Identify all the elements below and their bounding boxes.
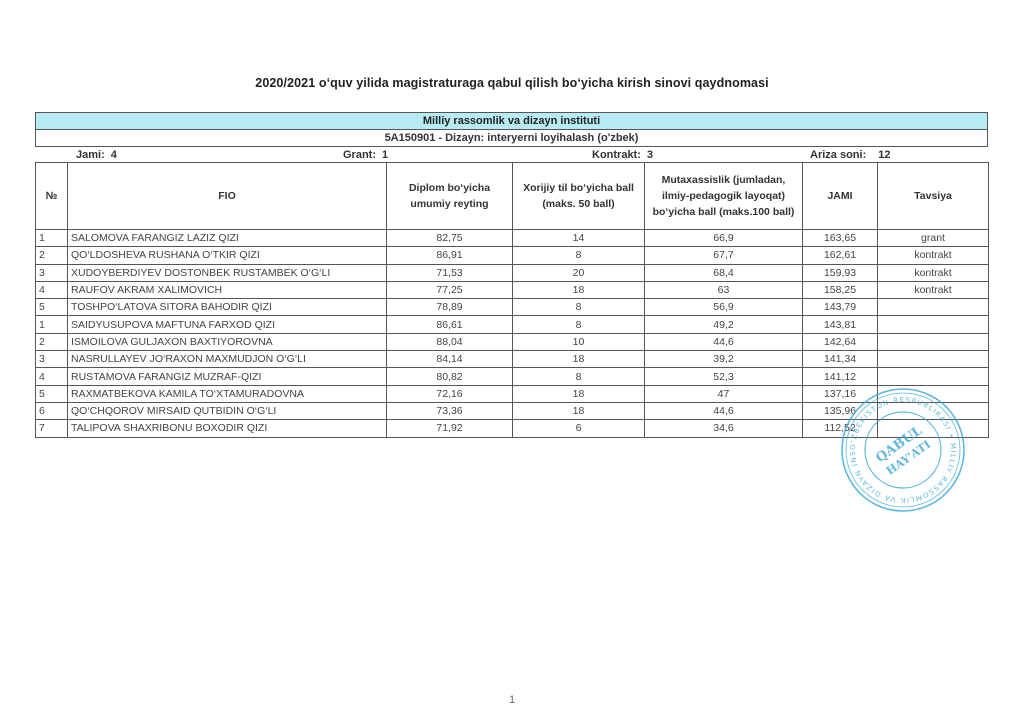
row-num: 3 <box>36 351 68 368</box>
row-jami: 159,93 <box>803 264 878 281</box>
row-num: 1 <box>36 316 68 333</box>
row-diplom: 84,14 <box>387 351 513 368</box>
row-mutaxassislik: 44,6 <box>645 402 803 419</box>
row-diplom: 86,91 <box>387 247 513 264</box>
row-tavsiya <box>878 299 989 316</box>
jami-label: Jami: <box>76 149 105 161</box>
row-xorijiy: 8 <box>513 316 645 333</box>
row-mutaxassislik: 52,3 <box>645 368 803 385</box>
institute-header: Milliy rassomlik va dizayn instituti <box>35 112 988 130</box>
row-jami: 143,79 <box>803 299 878 316</box>
row-jami: 137,16 <box>803 385 878 402</box>
row-diplom: 86,61 <box>387 316 513 333</box>
row-jami: 163,65 <box>803 230 878 247</box>
row-fio: ISMOILOVA GULJAXON BAXTIYOROVNA <box>68 333 387 350</box>
row-jami: 162,61 <box>803 247 878 264</box>
kontrakt-label: Kontrakt: <box>592 149 641 161</box>
row-tavsiya: kontrakt <box>878 247 989 264</box>
table-row: 2QO‘LDOSHEVA RUSHANA O‘TKIR QIZI86,91867… <box>36 247 989 264</box>
row-diplom: 71,92 <box>387 420 513 437</box>
row-num: 4 <box>36 368 68 385</box>
row-xorijiy: 10 <box>513 333 645 350</box>
row-jami: 158,25 <box>803 281 878 298</box>
header-mutaxassislik: Mutaxassislik (jumladan, ilmiy-pedagogik… <box>645 163 803 230</box>
jami-value: 4 <box>111 149 117 161</box>
row-fio: RUSTAMOVA FARANGIZ MUZRAF-QIZI <box>68 368 387 385</box>
header-num: № <box>36 163 68 230</box>
header-xorijiy: Xorijiy til bo‘yicha ball (maks. 50 ball… <box>513 163 645 230</box>
row-tavsiya <box>878 368 989 385</box>
page-number: 1 <box>0 694 1024 706</box>
ariza-label: Ariza soni: <box>810 149 866 161</box>
row-diplom: 88,04 <box>387 333 513 350</box>
row-fio: TOSHPO‘LATOVA SITORA BAHODIR QIZI <box>68 299 387 316</box>
row-tavsiya: kontrakt <box>878 281 989 298</box>
row-diplom: 82,75 <box>387 230 513 247</box>
table-row: 3NASRULLAYEV JO‘RAXON MAXMUDJON O‘G‘LI84… <box>36 351 989 368</box>
table-row: 6QO‘CHQOROV MIRSAID QUTBIDIN O‘G‘LI73,36… <box>36 402 989 419</box>
results-table: № FIO Diplom bo‘yicha umumiy reyting Xor… <box>35 162 989 438</box>
table-row: 1SAIDYUSUPOVA MAFTUNA FARXOD QIZI86,6184… <box>36 316 989 333</box>
summary-jami: Jami:4 <box>76 147 117 163</box>
row-xorijiy: 8 <box>513 299 645 316</box>
table-row: 7TALIPOVA SHAXRIBONU BOXODIR QIZI71,9263… <box>36 420 989 437</box>
ariza-value: 12 <box>878 149 890 161</box>
row-jami: 135,96 <box>803 402 878 419</box>
table-row: 1SALOMOVA FARANGIZ LAZIZ QIZI82,751466,9… <box>36 230 989 247</box>
row-diplom: 71,53 <box>387 264 513 281</box>
row-mutaxassislik: 67,7 <box>645 247 803 264</box>
row-xorijiy: 18 <box>513 402 645 419</box>
row-mutaxassislik: 44,6 <box>645 333 803 350</box>
table-row: 2ISMOILOVA GULJAXON BAXTIYOROVNA88,04104… <box>36 333 989 350</box>
row-xorijiy: 14 <box>513 230 645 247</box>
header-fio: FIO <box>68 163 387 230</box>
row-tavsiya: grant <box>878 230 989 247</box>
row-diplom: 77,25 <box>387 281 513 298</box>
stamp-text-2: HAY'ATI <box>884 438 933 478</box>
row-diplom: 72,16 <box>387 385 513 402</box>
row-diplom: 78,89 <box>387 299 513 316</box>
header-tavsiya: Tavsiya <box>878 163 989 230</box>
row-jami: 112,52 <box>803 420 878 437</box>
table-row: 5RAXMATBEKOVA KAMILA TO‘XTAMURADOVNA72,1… <box>36 385 989 402</box>
row-xorijiy: 20 <box>513 264 645 281</box>
row-fio: RAUFOV AKRAM XALIMOVICH <box>68 281 387 298</box>
document-title: 2020/2021 o‘quv yilida magistraturaga qa… <box>0 76 1024 90</box>
row-jami: 141,34 <box>803 351 878 368</box>
row-tavsiya <box>878 316 989 333</box>
row-mutaxassislik: 49,2 <box>645 316 803 333</box>
table-header-row: № FIO Diplom bo‘yicha umumiy reyting Xor… <box>36 163 989 230</box>
kontrakt-value: 3 <box>647 149 653 161</box>
row-diplom: 80,82 <box>387 368 513 385</box>
row-jami: 142,64 <box>803 333 878 350</box>
row-mutaxassislik: 39,2 <box>645 351 803 368</box>
row-xorijiy: 18 <box>513 385 645 402</box>
grant-value: 1 <box>382 149 388 161</box>
row-fio: SAIDYUSUPOVA MAFTUNA FARXOD QIZI <box>68 316 387 333</box>
row-num: 1 <box>36 230 68 247</box>
header-diplom: Diplom bo‘yicha umumiy reyting <box>387 163 513 230</box>
summary-ariza: Ariza soni:12 <box>810 147 890 163</box>
row-jami: 143,81 <box>803 316 878 333</box>
row-tavsiya <box>878 402 989 419</box>
row-mutaxassislik: 47 <box>645 385 803 402</box>
row-jami: 141,12 <box>803 368 878 385</box>
summary-kontrakt: Kontrakt:3 <box>592 147 653 163</box>
table-row: 3XUDOYBERDIYEV DOSTONBEK RUSTAMBEK O‘G‘L… <box>36 264 989 281</box>
row-num: 5 <box>36 299 68 316</box>
row-xorijiy: 6 <box>513 420 645 437</box>
row-tavsiya: kontrakt <box>878 264 989 281</box>
row-num: 7 <box>36 420 68 437</box>
row-num: 2 <box>36 333 68 350</box>
row-fio: QO‘CHQOROV MIRSAID QUTBIDIN O‘G‘LI <box>68 402 387 419</box>
row-mutaxassislik: 56,9 <box>645 299 803 316</box>
row-xorijiy: 8 <box>513 247 645 264</box>
table-row: 4RUSTAMOVA FARANGIZ MUZRAF-QIZI80,82852,… <box>36 368 989 385</box>
row-xorijiy: 8 <box>513 368 645 385</box>
row-mutaxassislik: 63 <box>645 281 803 298</box>
table-row: 4RAUFOV AKRAM XALIMOVICH77,251863158,25k… <box>36 281 989 298</box>
row-tavsiya <box>878 333 989 350</box>
row-diplom: 73,36 <box>387 402 513 419</box>
row-tavsiya <box>878 385 989 402</box>
summary-grant: Grant:1 <box>343 147 388 163</box>
header-jami: JAMI <box>803 163 878 230</box>
grant-label: Grant: <box>343 149 376 161</box>
row-mutaxassislik: 66,9 <box>645 230 803 247</box>
row-fio: SALOMOVA FARANGIZ LAZIZ QIZI <box>68 230 387 247</box>
row-tavsiya <box>878 351 989 368</box>
table-row: 5TOSHPO‘LATOVA SITORA BAHODIR QIZI78,898… <box>36 299 989 316</box>
specialty-header: 5A150901 - Dizayn: interyerni loyihalash… <box>35 129 988 147</box>
row-num: 2 <box>36 247 68 264</box>
row-num: 5 <box>36 385 68 402</box>
row-fio: TALIPOVA SHAXRIBONU BOXODIR QIZI <box>68 420 387 437</box>
row-mutaxassislik: 68,4 <box>645 264 803 281</box>
row-xorijiy: 18 <box>513 281 645 298</box>
row-fio: RAXMATBEKOVA KAMILA TO‘XTAMURADOVNA <box>68 385 387 402</box>
row-fio: QO‘LDOSHEVA RUSHANA O‘TKIR QIZI <box>68 247 387 264</box>
row-num: 4 <box>36 281 68 298</box>
row-mutaxassislik: 34,6 <box>645 420 803 437</box>
row-fio: NASRULLAYEV JO‘RAXON MAXMUDJON O‘G‘LI <box>68 351 387 368</box>
row-num: 3 <box>36 264 68 281</box>
row-fio: XUDOYBERDIYEV DOSTONBEK RUSTAMBEK O‘G‘LI <box>68 264 387 281</box>
row-num: 6 <box>36 402 68 419</box>
row-tavsiya <box>878 420 989 437</box>
row-xorijiy: 18 <box>513 351 645 368</box>
